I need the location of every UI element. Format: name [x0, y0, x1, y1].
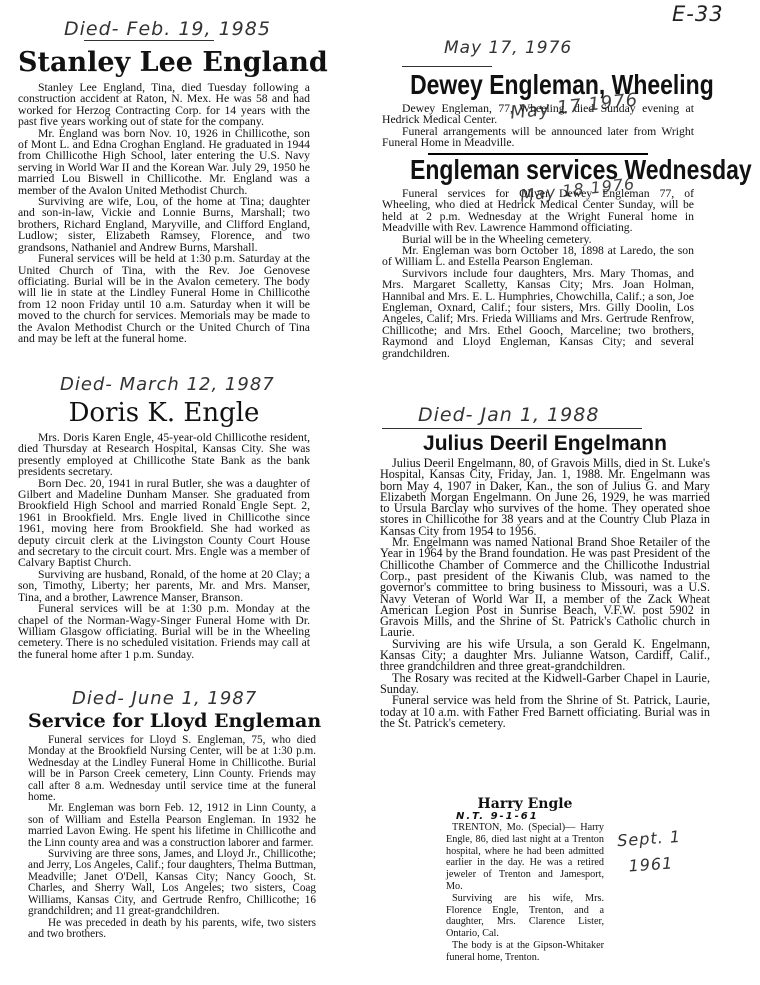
- headline: Stanley Lee England: [18, 47, 310, 78]
- paragraph: Funeral services for Lloyd S. Engleman, …: [28, 735, 316, 803]
- paragraph: Mr. Engleman was born Feb. 12, 1912 in L…: [28, 803, 316, 849]
- handwritten-date-julius: Died- Jan 1, 1988: [418, 404, 599, 426]
- obituary-harry-engle: Harry Engle N.T. 9-1-61 TRENTON, Mo. (Sp…: [446, 796, 604, 964]
- obituary-body: Funeral services for Lloyd S. Engleman, …: [28, 735, 316, 940]
- paragraph: The Rosary was recited at the Kidwell-Ga…: [380, 673, 710, 696]
- obituary-doris-engle: Doris K. Engle Mrs. Doris Karen Engle, 4…: [18, 398, 310, 660]
- paragraph: Mr. Engleman was born October 18, 1898 a…: [382, 245, 694, 268]
- divider: [84, 40, 214, 41]
- paragraph: Julius Deeril Engelmann, 80, of Gravois …: [380, 458, 710, 537]
- obituary-stanley-england: Stanley Lee England Stanley Lee England,…: [18, 40, 310, 344]
- obituary-body: Stanley Lee England, Tina, died Tuesday …: [18, 82, 310, 344]
- paragraph: Surviving are his wife Ursula, a son Ger…: [380, 639, 710, 673]
- headline: Julius Deeril Engelmann: [380, 432, 710, 456]
- source-note: N.T. 9-1-61: [456, 812, 604, 822]
- headline: Service for Lloyd Engleman: [28, 710, 316, 732]
- handwritten-date-lloyd: Died- June 1, 1987: [72, 688, 257, 709]
- divider: [382, 428, 642, 429]
- paragraph: Mr. England was born Nov. 10, 1926 in Ch…: [18, 128, 310, 196]
- paragraph: Funeral services will be at 1:30 p.m. Mo…: [18, 603, 310, 660]
- obituary-body: Julius Deeril Engelmann, 80, of Gravois …: [380, 458, 710, 729]
- paragraph: Surviving are husband, Ronald, of the ho…: [18, 569, 310, 603]
- paragraph: Funeral arrangements will be announced l…: [382, 126, 694, 149]
- paragraph: TRENTON, Mo. (Special)— Harry Engle, 86,…: [446, 822, 604, 893]
- paragraph: Mrs. Doris Karen Engle, 45-year-old Chil…: [18, 432, 310, 478]
- paragraph: Funeral service was held from the Shrine…: [380, 695, 710, 729]
- paragraph: Survivors include four daughters, Mrs. M…: [382, 268, 694, 359]
- obituary-body: Mrs. Doris Karen Engle, 45-year-old Chil…: [18, 432, 310, 660]
- paragraph: Stanley Lee England, Tina, died Tuesday …: [18, 82, 310, 128]
- obituary-lloyd-engleman: Service for Lloyd Engleman Funeral servi…: [28, 710, 316, 940]
- paragraph: Mr. Engelmann was named National Brand S…: [380, 537, 710, 639]
- paragraph: Funeral services will be held at 1:30 p.…: [18, 253, 310, 344]
- handwritten-date-doris: Died- March 12, 1987: [60, 374, 275, 395]
- handwritten-date-harry: Sept. 1 1961: [608, 823, 691, 880]
- obituary-body: TRENTON, Mo. (Special)— Harry Engle, 86,…: [446, 822, 604, 964]
- paragraph: Surviving are his wife, Mrs. Florence En…: [446, 893, 604, 940]
- handwritten-date-dewey: May 17, 1976: [444, 38, 572, 58]
- divider: [402, 66, 492, 67]
- headline: Doris K. Engle: [18, 398, 310, 428]
- handwritten-date-stanley: Died- Feb. 19, 1985: [64, 18, 271, 40]
- page-reference: E-33: [672, 2, 724, 26]
- paragraph: Born Dec. 20, 1941 in rural Butler, she …: [18, 478, 310, 569]
- obituary-julius-engelmann: Julius Deeril Engelmann Julius Deeril En…: [380, 428, 710, 729]
- paragraph: He was preceded in death by his parents,…: [28, 918, 316, 941]
- paragraph: Surviving are wife, Lou, of the home at …: [18, 196, 310, 253]
- obituary-body: Funeral services for Oliver Dewey Englem…: [382, 188, 694, 359]
- headline: Harry Engle: [446, 796, 604, 812]
- paragraph: The body is at the Gipson-Whitaker funer…: [446, 940, 604, 964]
- paragraph: Surviving are three sons, James, and Llo…: [28, 849, 316, 917]
